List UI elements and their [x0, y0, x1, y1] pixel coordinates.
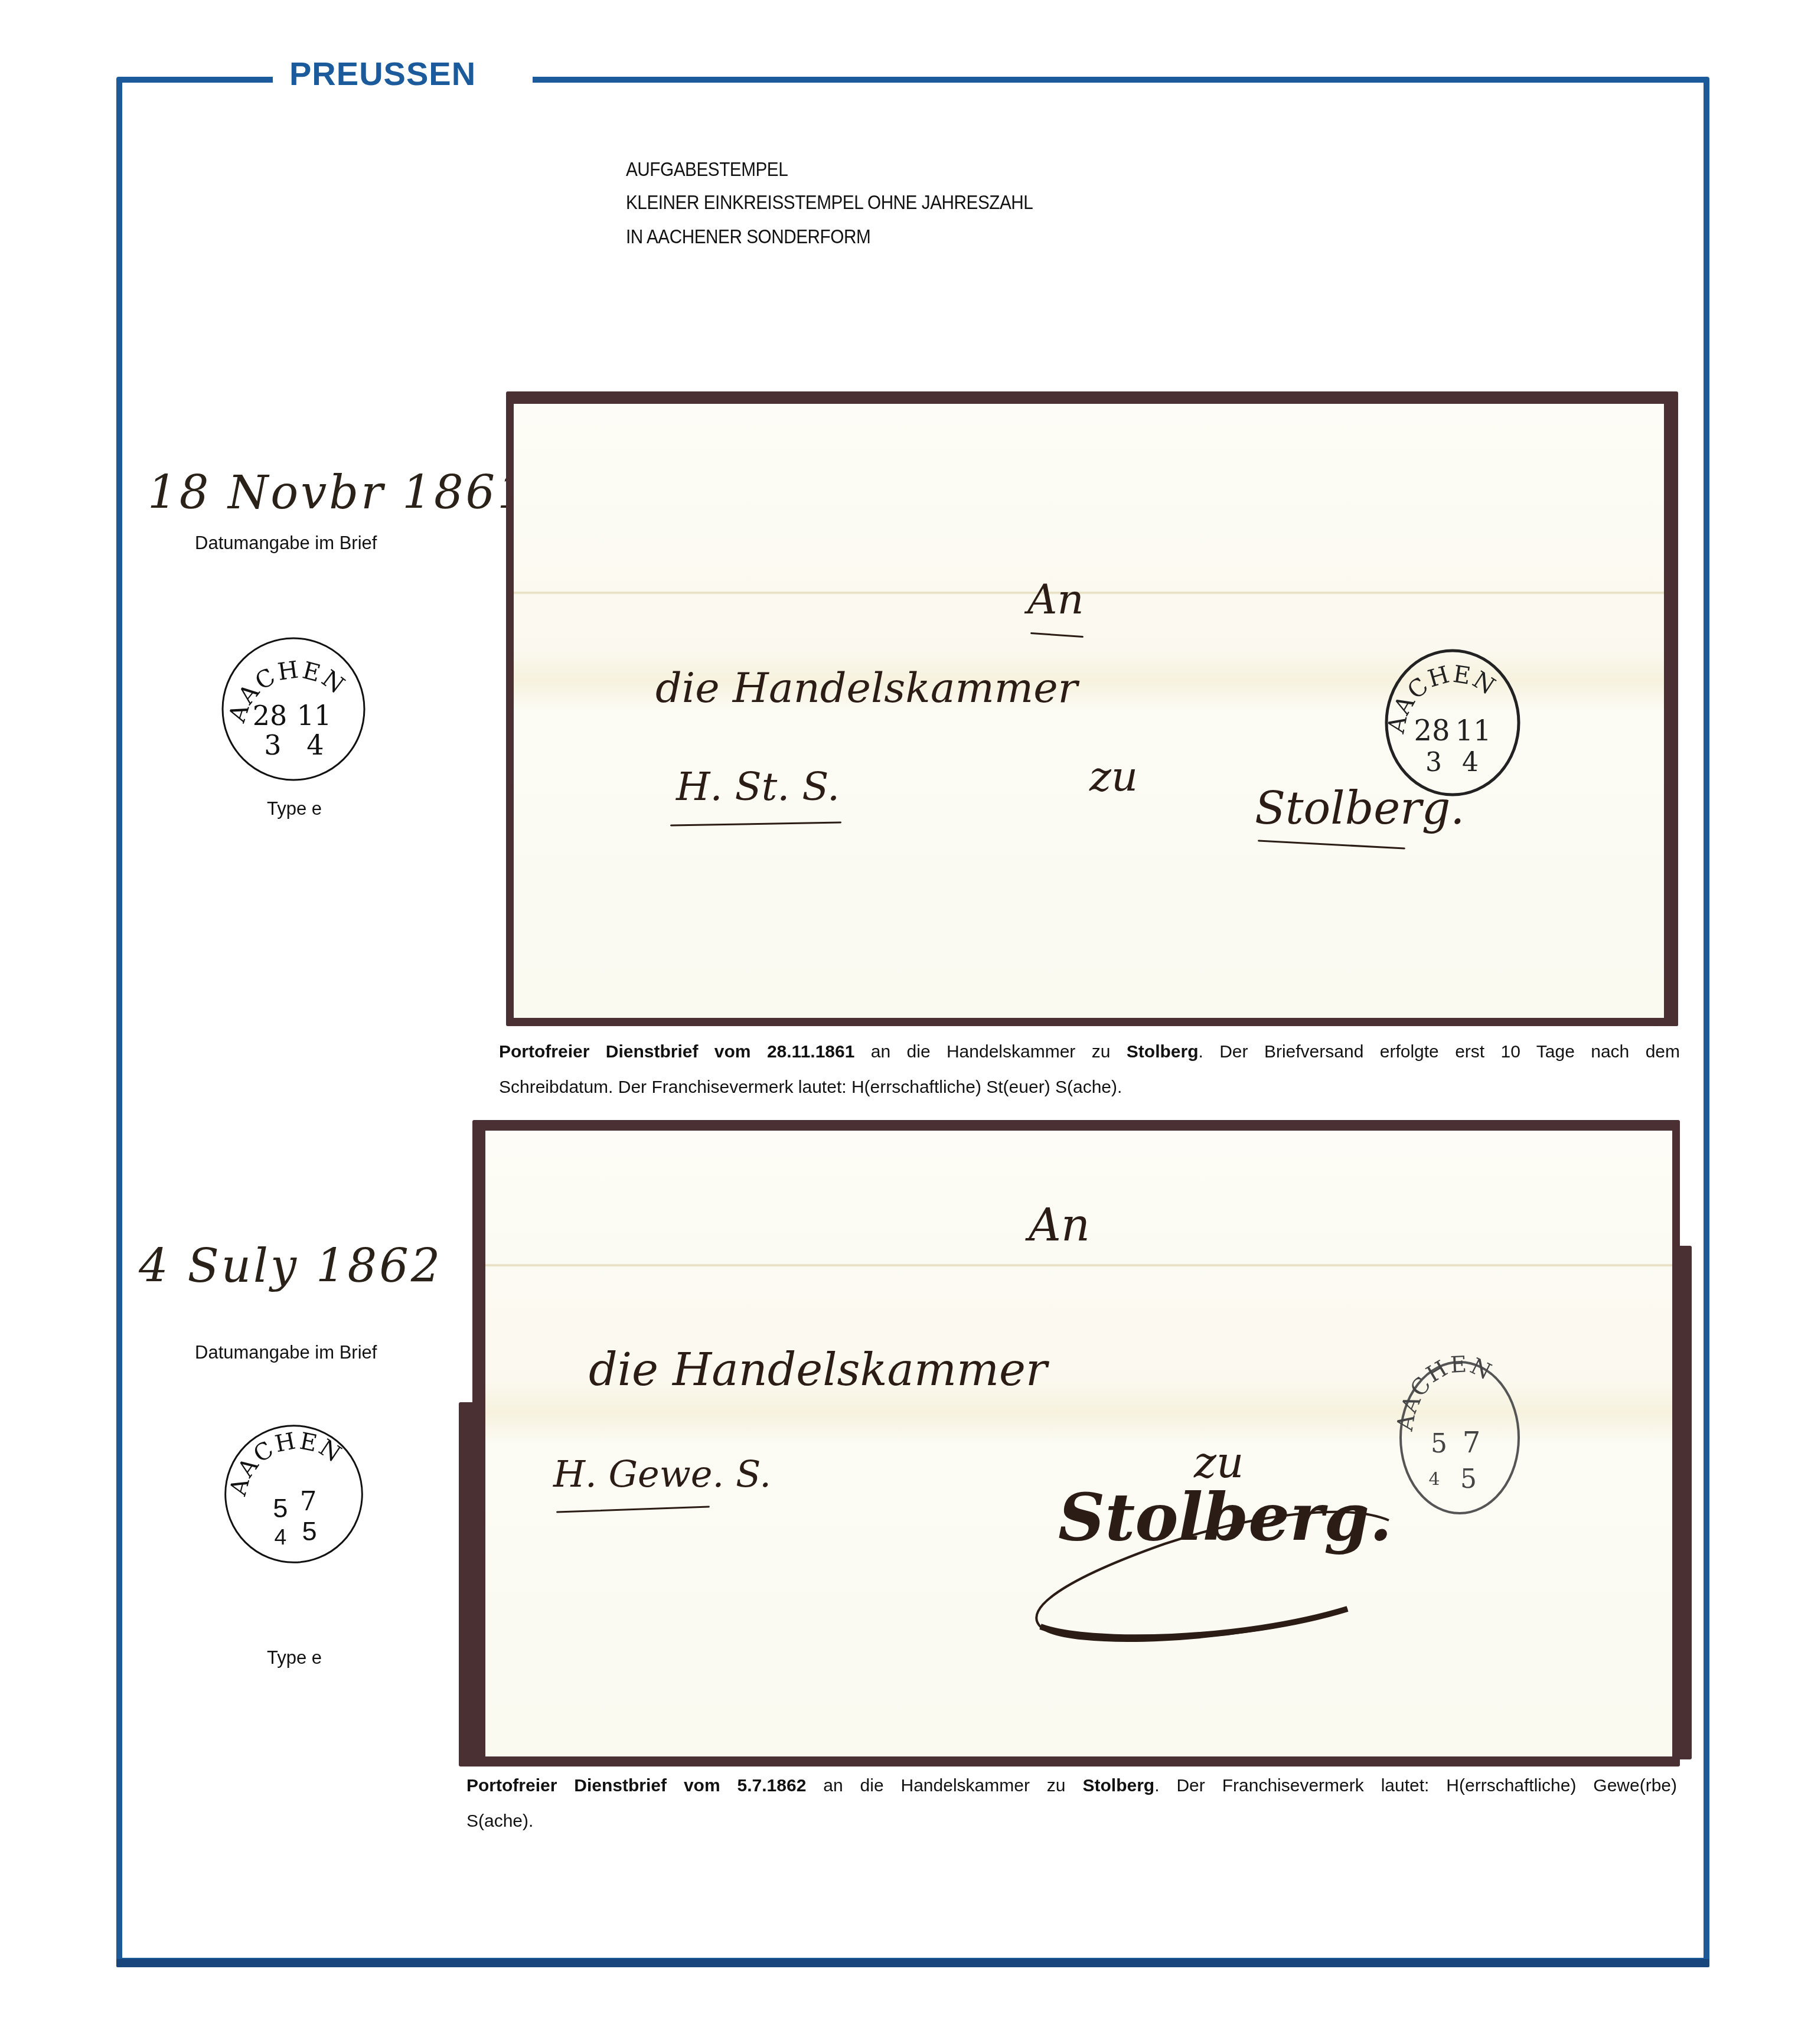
- envelope-stamp-month-2: 7: [1463, 1426, 1481, 1459]
- envelope-stamp-town-2: AACHEN: [1392, 1355, 1496, 1433]
- envelope-mount-tab-2: [459, 1402, 482, 1767]
- type-label-1: Type e: [267, 798, 322, 819]
- stamp-hour-b-1: 4: [306, 729, 324, 761]
- caption-1: Portofreier Dienstbrief vom 28.11.1861 a…: [499, 1034, 1680, 1105]
- stamp-month-1: 11: [297, 700, 332, 732]
- envelope-fold-1: [514, 591, 1664, 595]
- envelope-stamp-day-2: 5: [1431, 1429, 1447, 1459]
- heading-line-2: KLEINER EINKREISSTEMPEL OHNE JAHRESZAHL: [626, 191, 1033, 214]
- envelope-fold-2: [485, 1263, 1672, 1267]
- stamp-hour-b-2: 5: [302, 1516, 316, 1546]
- address-an-2: An: [1029, 1199, 1090, 1251]
- date-label-2: Datumangabe im Brief: [195, 1342, 377, 1363]
- stamp-hour-a-1: 3: [264, 729, 281, 761]
- address-an-1: An: [1027, 575, 1084, 623]
- caption-2-line-2: S(ache).: [466, 1804, 1677, 1839]
- franchise-mark-1: H. St. S.: [676, 764, 840, 809]
- caption-2-city: Stolberg: [1082, 1776, 1154, 1795]
- date-label-1: Datumangabe im Brief: [195, 533, 377, 554]
- caption-1-text-b: . Der Briefversand erfolgte erst 10 Tage…: [1198, 1042, 1680, 1062]
- handwritten-date-2: 4 Suly 1862: [139, 1240, 442, 1293]
- svg-text:AACHEN: AACHEN: [1392, 1355, 1496, 1433]
- svg-text:AACHEN: AACHEN: [225, 1428, 347, 1499]
- caption-2-text-a: an die Handelskammer zu: [806, 1776, 1082, 1795]
- envelope-stamp-hour-a-1: 3: [1425, 747, 1442, 778]
- envelope-stamp-month-1: 11: [1455, 714, 1491, 747]
- heading-line-3: IN AACHENER SONDERFORM: [626, 226, 870, 248]
- envelope-postmark-icon-1: AACHEN 28 11 3 4: [1382, 646, 1523, 799]
- stamp-hour-a-2: 4: [275, 1524, 287, 1549]
- stamp-day-1: 28: [253, 700, 288, 732]
- address-city-underline-1: [1258, 840, 1405, 849]
- type-label-2: Type e: [267, 1647, 322, 1668]
- city-flourish-icon-2: [1017, 1508, 1395, 1644]
- caption-1-lead: Portofreier Dienstbrief vom 28.11.1861: [499, 1042, 854, 1062]
- franchise-underline-1: [670, 821, 841, 826]
- caption-1-city: Stolberg: [1127, 1042, 1199, 1062]
- stamp-month-2: 7: [300, 1485, 317, 1517]
- postmark-reference-icon-1: AACHEN 28 11 3 4: [214, 629, 373, 789]
- address-an-underline-1: [1030, 632, 1084, 638]
- caption-2-text-b: . Der Franchisevermerk lautet: H(errscha…: [1154, 1776, 1677, 1795]
- envelope-postmark-icon-2: AACHEN 5 7 4 5: [1392, 1355, 1528, 1520]
- franchise-mark-2: H. Gewe. S.: [553, 1452, 771, 1496]
- caption-2-lead: Portofreier Dienstbrief vom 5.7.1862: [466, 1776, 806, 1795]
- caption-1-line-2: Schreibdatum. Der Franchisevermerk laute…: [499, 1070, 1680, 1105]
- envelope-stamp-hour-b-1: 4: [1462, 747, 1479, 778]
- franchise-underline-2: [556, 1506, 710, 1513]
- postmark-reference-icon-2: AACHEN 5 7 4 5: [216, 1416, 372, 1572]
- stamp-day-2: 5: [273, 1493, 288, 1523]
- address-recipient-2: die Handelskammer: [589, 1343, 1047, 1396]
- envelope-2: An die Handelskammer zu Stolberg. H. Gew…: [485, 1131, 1672, 1756]
- page-frame-bottom-edge: [116, 1959, 1709, 1967]
- envelope-stamp-hour-b-2: 5: [1460, 1464, 1477, 1494]
- handwritten-date-1: 18 Novbr 1861: [148, 466, 529, 520]
- envelope-stamp-hour-a-2: 4: [1428, 1469, 1440, 1490]
- envelope-1: An die Handelskammer zu Stolberg. H. St.…: [514, 404, 1664, 1018]
- envelope-stamp-day-1: 28: [1414, 714, 1450, 747]
- address-zu-1: zu: [1089, 752, 1138, 801]
- address-recipient-1: die Handelskammer: [655, 664, 1078, 712]
- stamp-town-2: AACHEN: [225, 1428, 347, 1499]
- heading-line-1: AUFGABESTEMPEL: [626, 158, 788, 181]
- page-title: PREUSSEN: [289, 54, 476, 93]
- caption-1-text-a: an die Handelskammer zu: [854, 1042, 1126, 1062]
- caption-2: Portofreier Dienstbrief vom 5.7.1862 an …: [466, 1768, 1677, 1839]
